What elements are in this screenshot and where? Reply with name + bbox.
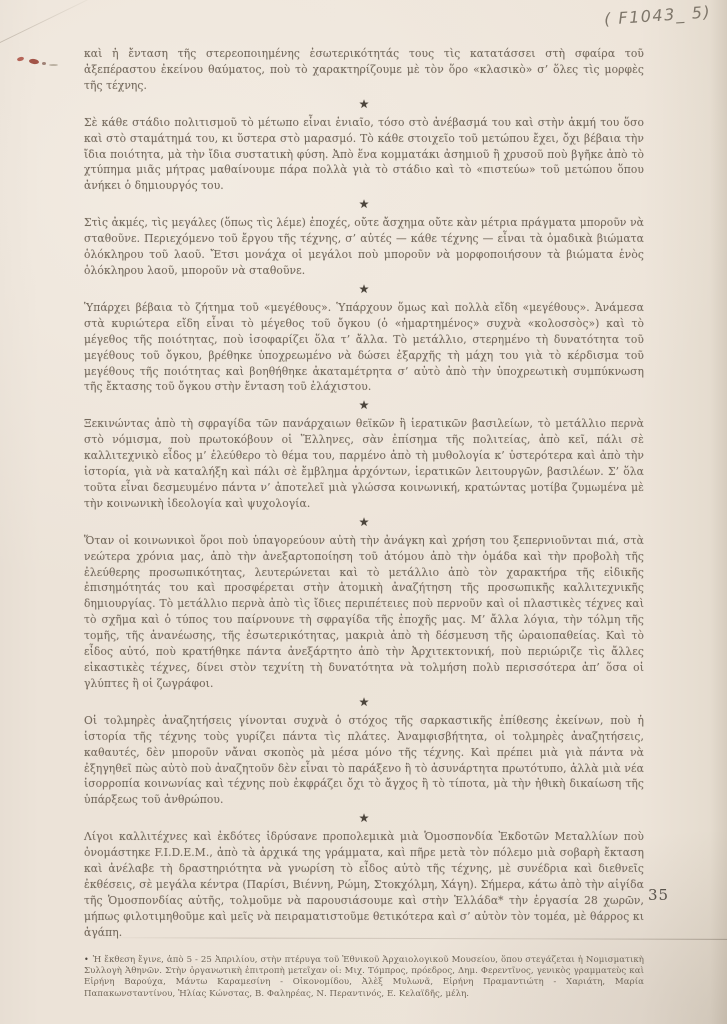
- star-separator-icon: ★: [84, 515, 644, 529]
- scanned-document-page: ( F1043_ 5) καὶ ἡ ἔνταση τῆς στερεοποιημ…: [0, 0, 727, 1024]
- paragraph: Στὶς ἀκμές, τὶς μεγάλες (ὅπως τὶς λέμε) …: [84, 215, 644, 279]
- paragraph: Οἱ τολμηρὲς ἀναζητήσεις γίνονται συχνὰ ὁ…: [84, 713, 644, 808]
- handwritten-annotation: ( F1043_ 5): [603, 2, 711, 28]
- page-number: 35: [648, 886, 669, 904]
- ink-stain: [42, 62, 46, 65]
- star-separator-icon: ★: [84, 811, 644, 825]
- paragraph: Σὲ κάθε στάδιο πολιτισμοῦ τὸ μέτωπο εἶνα…: [84, 115, 644, 195]
- ink-stain: [29, 58, 40, 64]
- star-separator-icon: ★: [84, 197, 644, 211]
- footnote-marker-icon: •: [84, 955, 93, 964]
- page-body-text: καὶ ἡ ἔνταση τῆς στερεοποιημένης ἐσωτερι…: [84, 46, 644, 1000]
- star-separator-icon: ★: [84, 695, 644, 709]
- footnote-text: Ἡ ἔκθεση ἔγινε, ἀπὸ 5 - 25 Ἀπριλίου, στὴ…: [84, 955, 644, 999]
- star-separator-icon: ★: [84, 97, 644, 111]
- star-separator-icon: ★: [84, 282, 644, 296]
- paper-crease-top-left: [0, 0, 91, 47]
- star-separator-icon: ★: [84, 398, 644, 412]
- paragraph: Ὅταν οἱ κοινωνικοὶ ὅροι ποὺ ὑπαγορεύουν …: [84, 533, 644, 692]
- ink-stain: [49, 64, 58, 66]
- ink-stain: [17, 56, 25, 62]
- paragraph: Ξεκινώντας ἀπὸ τὴ σφραγίδα τῶν πανάρχαιω…: [84, 416, 644, 511]
- paragraph: καὶ ἡ ἔνταση τῆς στερεοποιημένης ἐσωτερι…: [84, 46, 644, 94]
- footnote: •Ἡ ἔκθεση ἔγινε, ἀπὸ 5 - 25 Ἀπριλίου, στ…: [84, 954, 644, 1001]
- paragraph: Λίγοι καλλιτέχνες καὶ ἐκδότες ἱδρύσανε π…: [84, 829, 644, 940]
- paragraph: Ὑπάρχει βέβαια τὸ ζήτημα τοῦ «μεγέθους».…: [84, 300, 644, 395]
